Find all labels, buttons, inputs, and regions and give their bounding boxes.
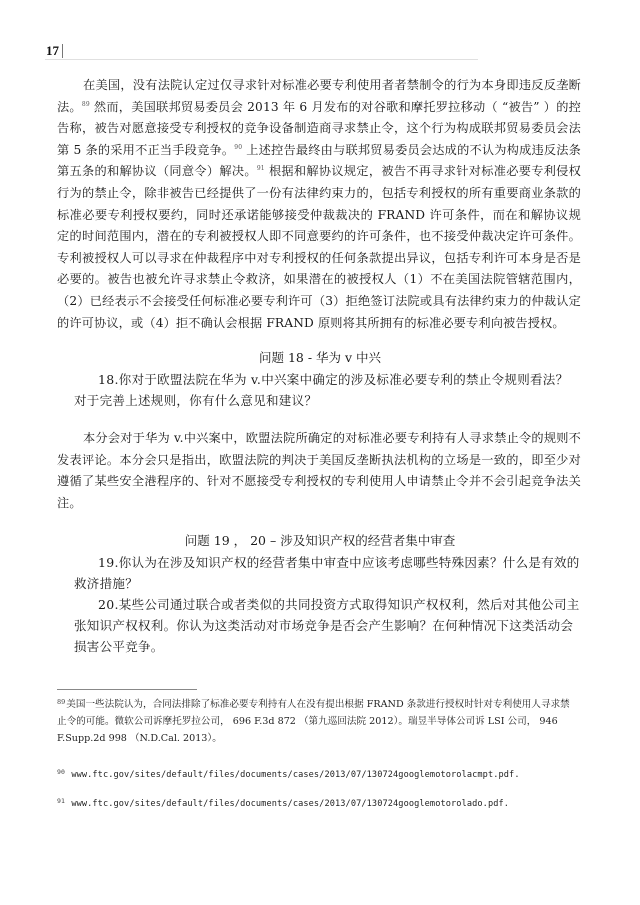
- question-19-text: 19.你认为在涉及知识产权的经营者集中审查中应该考虑哪些特殊因素？什么是有效的救…: [74, 552, 584, 594]
- footnote-mark: 91: [57, 797, 65, 805]
- paragraph-us-injunctions: 在美国，没有法院认定过仅寻求针对标准必要专利使用者者禁制令的行为本身即违反反垄断…: [57, 75, 581, 334]
- footnote-link[interactable]: www.ftc.gov/sites/default/files/document…: [71, 799, 509, 809]
- paragraph-text: 本分会对于华为 v.中兴案中，欧盟法院所确定的对标准必要专利持有人寻求禁止令的规…: [57, 428, 581, 514]
- footnote-mark: 90: [57, 768, 65, 776]
- footnote-text: 美国一些法院认为，合同法排除了标准必要专利持有人在没有提出根据 FRAND 条款…: [57, 699, 570, 744]
- paragraph-text: 根据和解协议规定，被告不再寻求针对标准必要专利侵权行为的禁止令，除非被告已经提供…: [57, 164, 581, 329]
- paragraph-huawei-zte-response: 本分会对于华为 v.中兴案中，欧盟法院所确定的对标准必要专利持有人寻求禁止令的规…: [57, 428, 581, 514]
- footnote-89: 89美国一些法院认为，合同法排除了标准必要专利持有人在没有提出根据 FRAND …: [57, 694, 577, 747]
- question-18-heading: 问题 18 - 华为 v 中兴: [0, 349, 640, 367]
- question-19-20-body: 19.你认为在涉及知识产权的经营者集中审查中应该考虑哪些特殊因素？什么是有效的救…: [74, 552, 584, 657]
- footnote-mark: 89: [57, 698, 65, 706]
- question-19-20-heading: 问题 19 ， 20 – 涉及知识产权的经营者集中审查: [0, 532, 640, 550]
- header-separator: [62, 44, 63, 58]
- question-20-text: 20.某些公司通过联合或者类似的共同投资方式取得知识产权权利，然后对其他公司主张…: [74, 594, 584, 657]
- footnote-ref-89[interactable]: 89: [82, 101, 90, 108]
- page-number: 17: [46, 44, 59, 57]
- question-18-text: 18.你对于欧盟法院在华为 v.中兴案中确定的涉及标准必要专利的禁止令规则看法？…: [74, 369, 574, 411]
- question-18-body: 18.你对于欧盟法院在华为 v.中兴案中确定的涉及标准必要专利的禁止令规则看法？…: [74, 369, 574, 411]
- footnote-divider: [57, 689, 197, 690]
- footnote-ref-91[interactable]: 91: [257, 165, 265, 172]
- footnote-ref-90[interactable]: 90: [234, 144, 242, 151]
- footnote-90: 90 www.ftc.gov/sites/default/files/docum…: [57, 764, 577, 784]
- footnote-91: 91 www.ftc.gov/sites/default/files/docum…: [57, 793, 577, 813]
- footnote-link[interactable]: www.ftc.gov/sites/default/files/document…: [71, 770, 519, 780]
- page-header: 17: [45, 44, 478, 60]
